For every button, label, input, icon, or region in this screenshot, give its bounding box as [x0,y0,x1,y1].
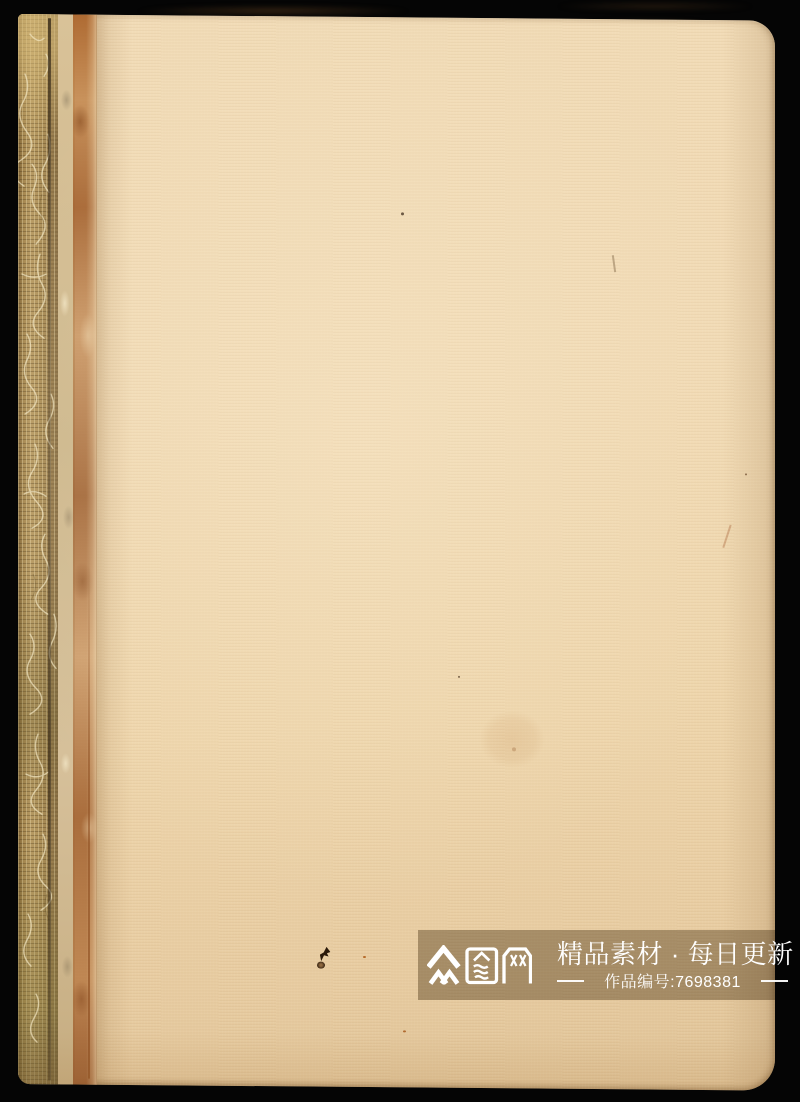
watermark-content: 众图网 精品素材 · 每日更 [418,930,800,1000]
dash-divider [761,980,788,982]
watermark-tagline: 精品素材 · 每日更新 [557,941,794,968]
dash-divider [557,980,584,982]
border-smudge [138,5,408,15]
zutuwang-logo-icon: 众图网 [427,945,532,985]
photo-frame: 众图网 精品素材 · 每日更 [0,0,800,1102]
watermark-band: 众图网 精品素材 · 每日更 [418,930,800,1000]
watermark-work-id: 作品编号:7698381 [604,969,741,992]
border-smudge [555,1,755,10]
watermark-id-row: 作品编号:7698381 [557,969,788,992]
